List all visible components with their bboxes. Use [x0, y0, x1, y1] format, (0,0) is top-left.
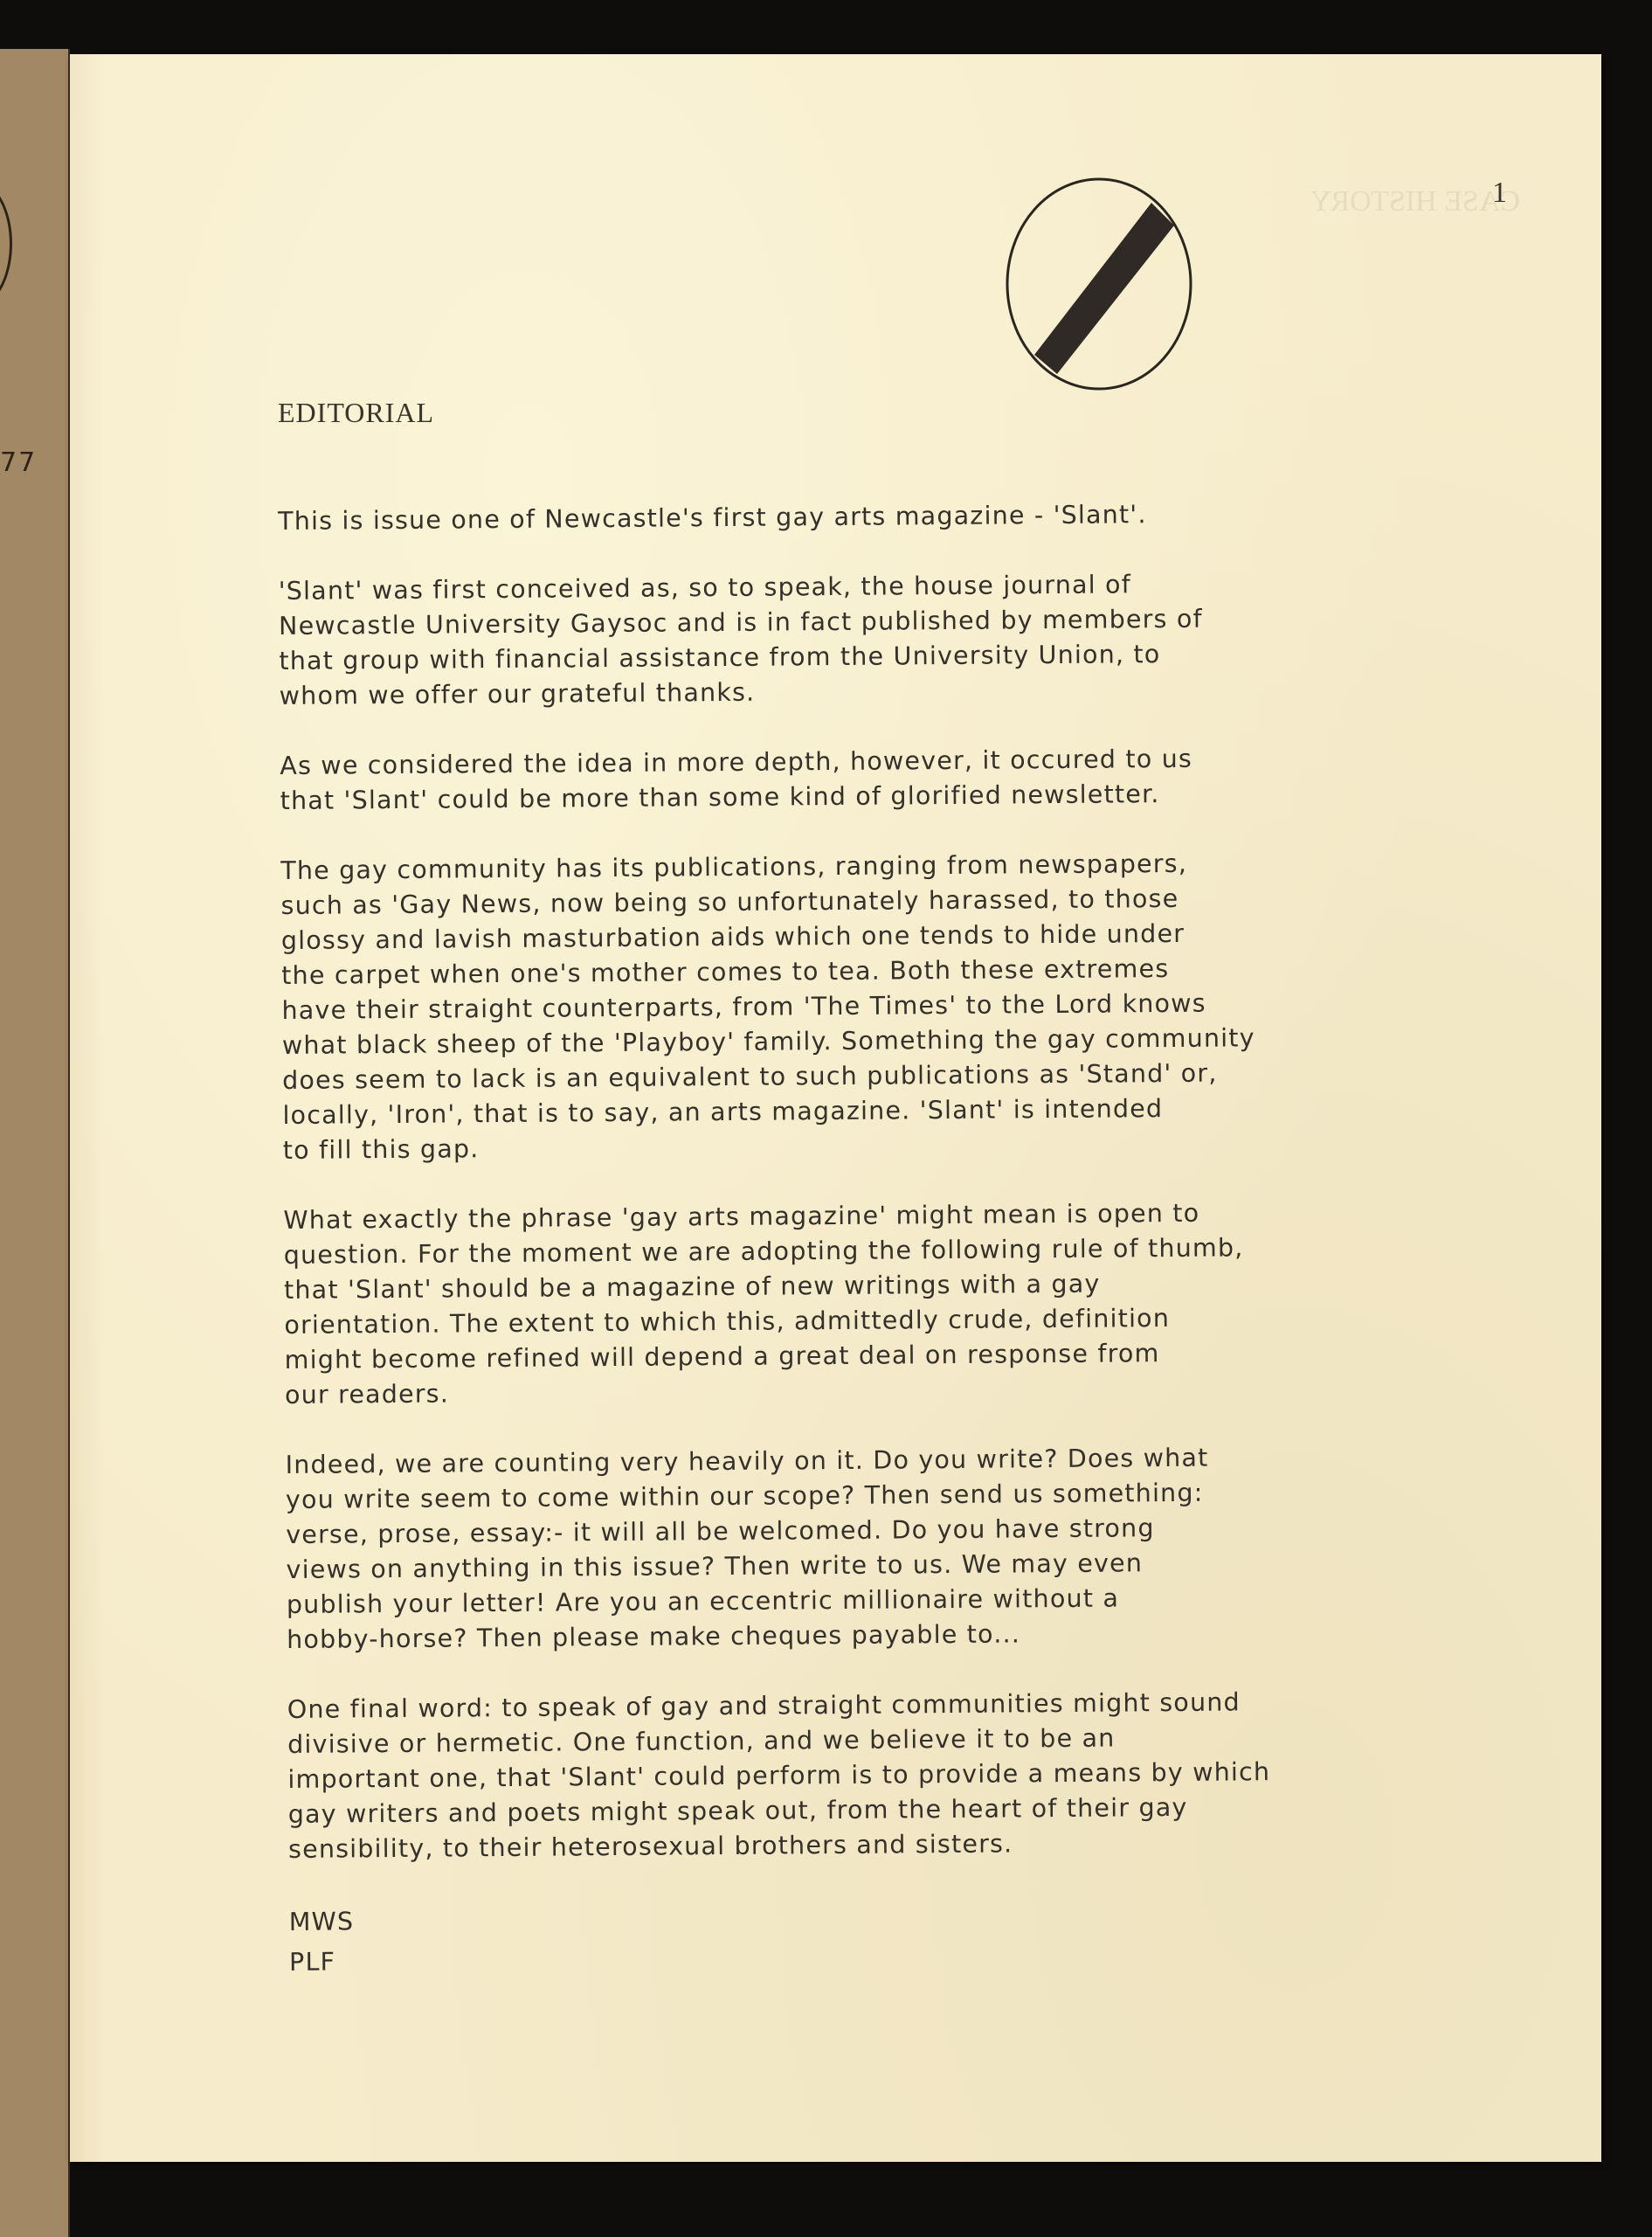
paragraph-definition: What exactly the phrase 'gay arts magazi… [283, 1193, 1569, 1413]
adjacent-cover-page: 77 [0, 49, 70, 2237]
signature-block: MWS PLF [289, 1892, 1574, 1983]
paragraph-scope: As we considered the idea in more depth,… [280, 738, 1565, 819]
editorial-heading: EDITORIAL [278, 397, 434, 429]
paragraph-final-word: One final word: to speak of gay and stra… [287, 1682, 1573, 1867]
paragraph-intro: This is issue one of Newcastle's first g… [278, 494, 1562, 539]
page-number: 1 [1492, 177, 1507, 210]
magazine-page: CASE HISTORY 1 EDITORIAL This is issue o… [70, 54, 1601, 2162]
slant-logo-icon [1003, 175, 1195, 393]
cover-circle-logo-fragment [0, 180, 12, 308]
cover-year-fragment: 77 [0, 447, 37, 478]
paragraph-origin: 'Slant' was first conceived as, so to sp… [279, 564, 1564, 714]
paragraph-call-for-submissions: Indeed, we are counting very heavily on … [285, 1437, 1571, 1658]
editorial-body: This is issue one of Newcastle's first g… [278, 494, 1573, 1982]
show-through-heading: CASE HISTORY [1232, 185, 1520, 238]
paragraph-publications: The gay community has its publications, … [280, 843, 1567, 1168]
